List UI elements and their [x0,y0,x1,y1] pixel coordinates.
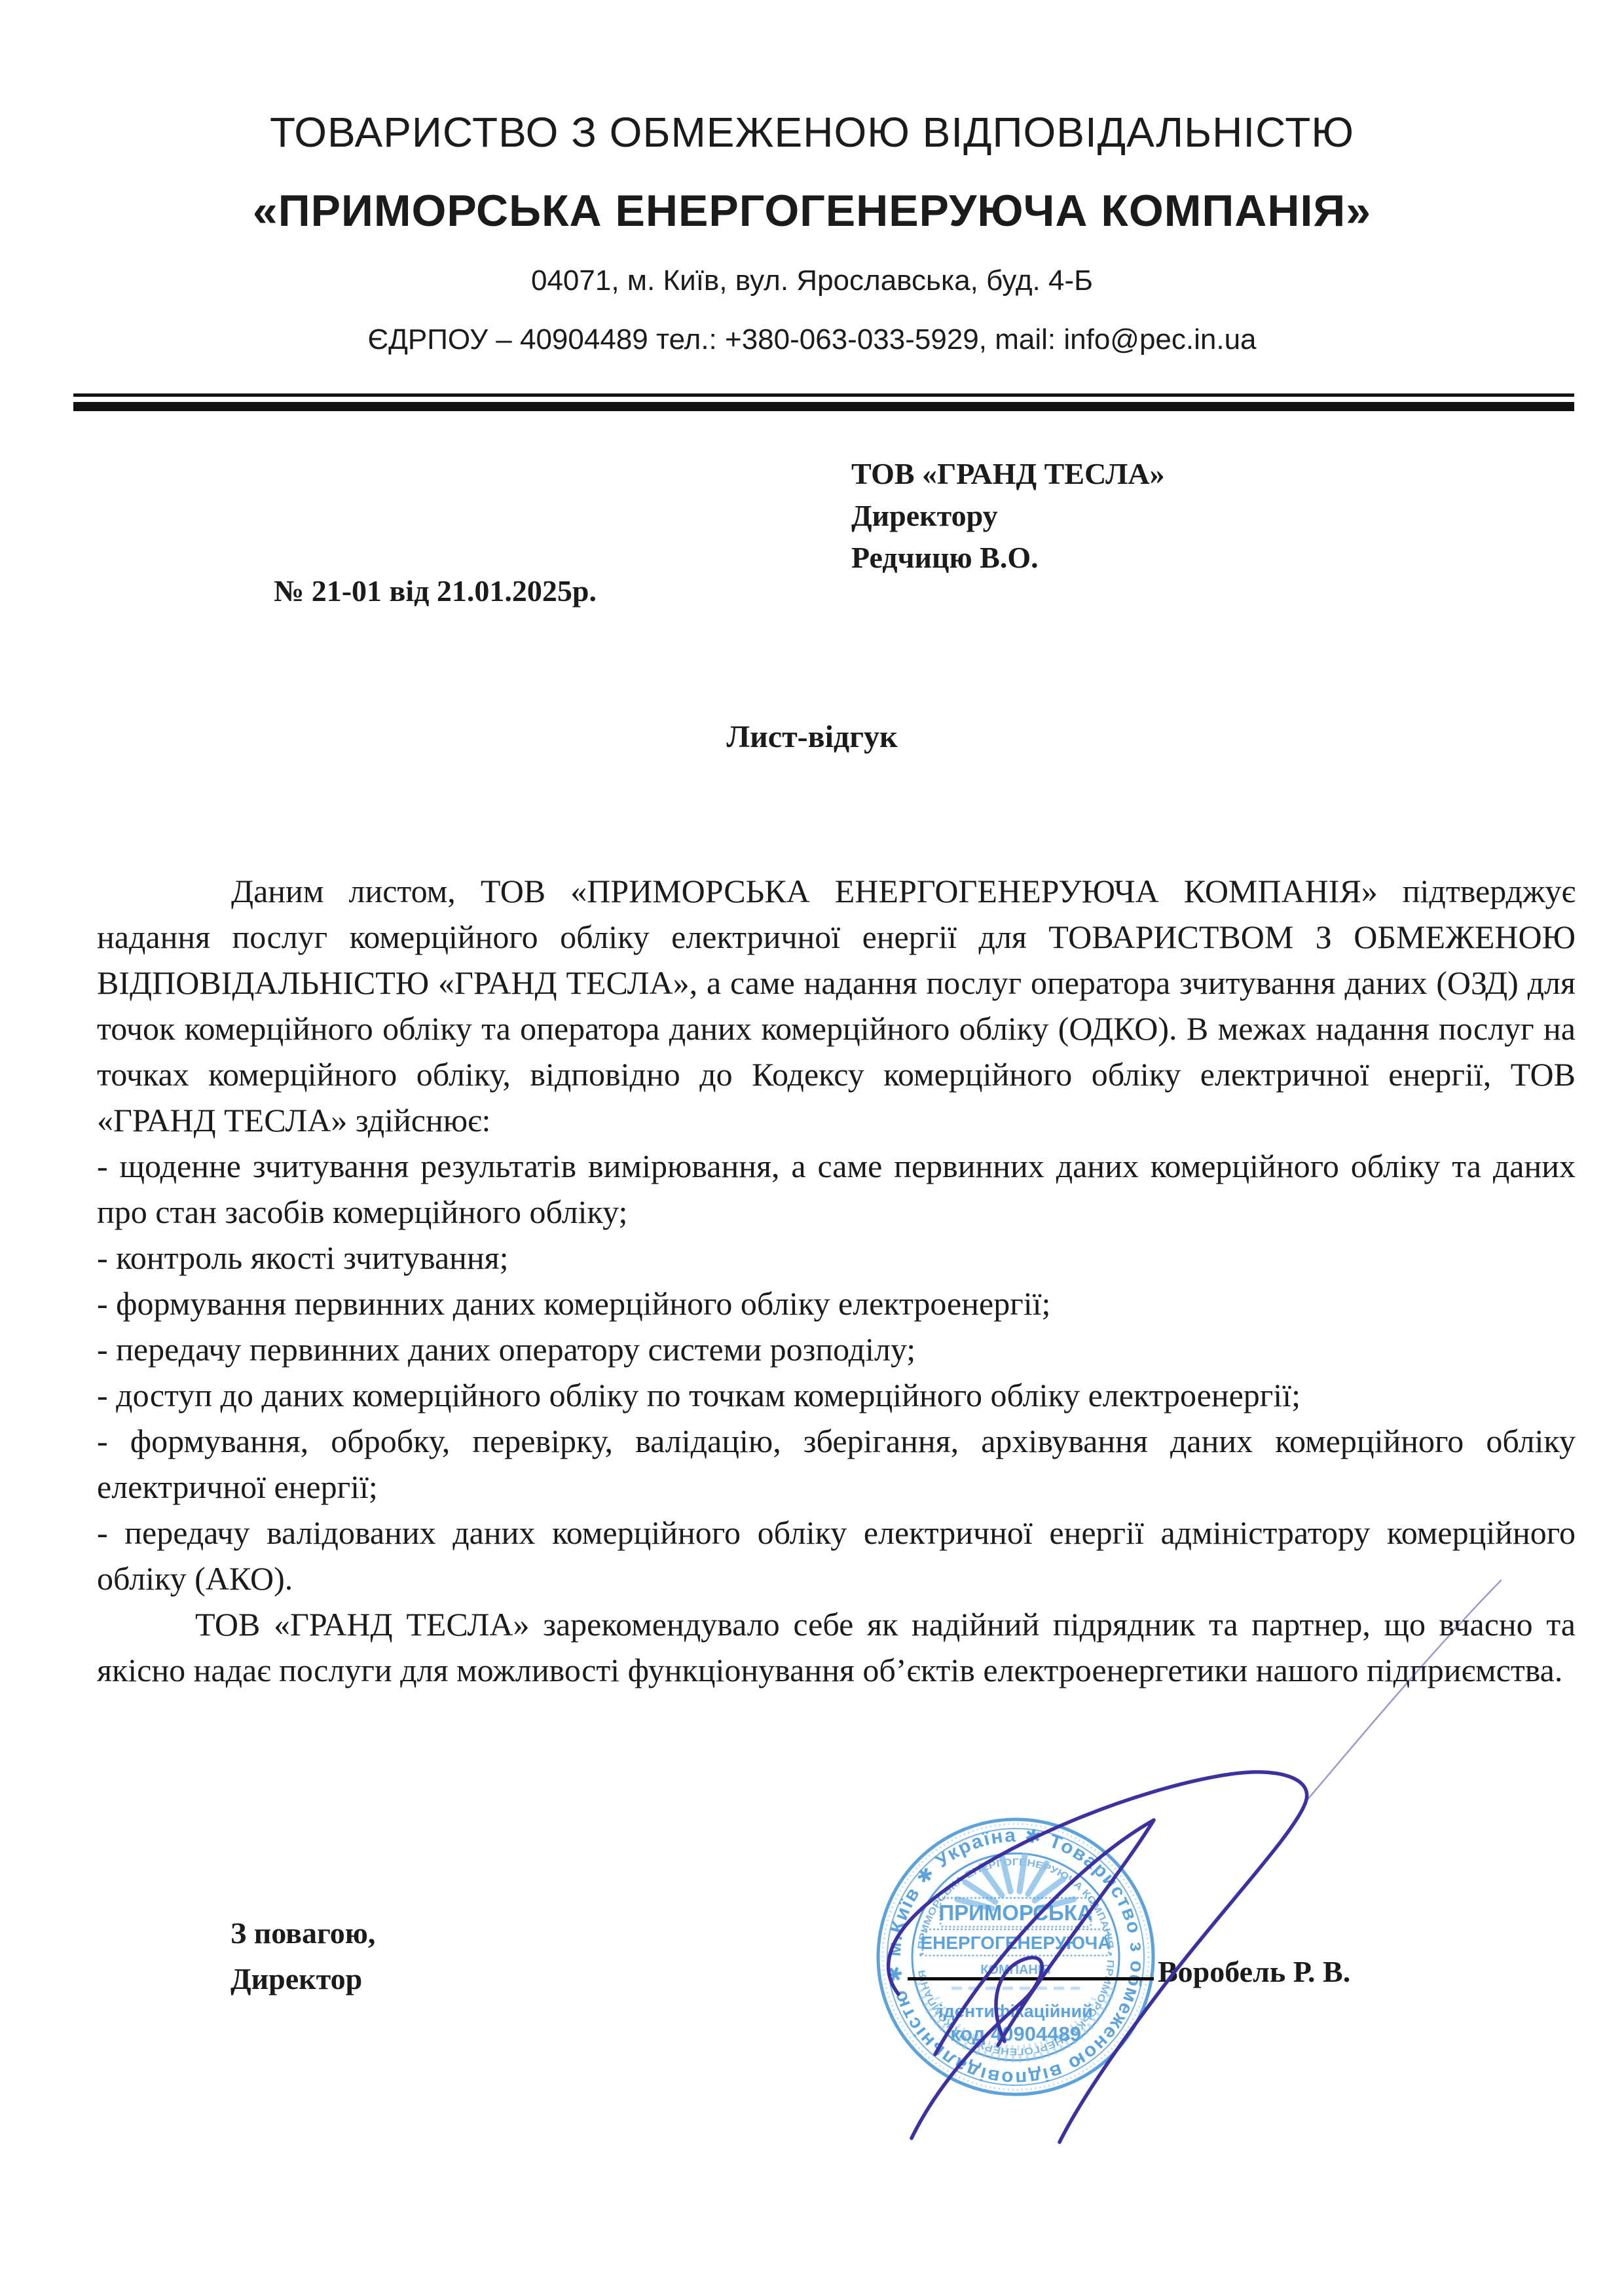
recipient-position: Директору [851,495,1165,537]
reference-number: № 21-01 від 21.01.2025р. [274,574,597,608]
scanned-letter-page: ТОВАРИСТВО З ОБМЕЖЕНОЮ ВІДПОВІДАЛЬНІСТЮ … [0,0,1624,2296]
service-list-item-6: - формування, обробку, перевірку, валіда… [97,1418,1576,1510]
service-list-item-3: - формування первинних даних комерційног… [97,1281,1576,1326]
letterhead-company-name: «ПРИМОРСЬКА ЕНЕРГОГЕНЕРУЮЧА КОМПАНІЯ» [0,185,1624,236]
letterhead-address: 04071, м. Київ, вул. Ярославська, буд. 4… [0,264,1624,297]
pen-stroke-small-loop [912,1958,1042,2138]
signature-position: Директор [231,1956,375,2002]
pen-stroke-flourish [1306,1580,1501,1802]
pen-signature [851,1558,1545,2187]
letterhead-contacts: ЄДРПОУ – 40904489 тел.: +380-063-033-592… [0,323,1624,356]
service-list-item-5: - доступ до даних комерційного обліку по… [97,1372,1576,1418]
signature-block: З повагою, Директор [231,1910,375,2002]
recipient-company: ТОВ «ГРАНД ТЕСЛА» [851,453,1165,495]
body-paragraph-intro: Даним листом, ТОВ «ПРИМОРСЬКА ЕНЕРГОГЕНЕ… [97,868,1576,1143]
service-list-item-1: - щоденне зчитування результатів вимірюв… [97,1143,1576,1235]
recipient-block: ТОВ «ГРАНД ТЕСЛА» Директору Редчицю В.О. [851,453,1165,579]
signature-salutation: З повагою, [231,1910,375,1956]
divider-thick-rule [73,402,1574,411]
service-list-item-4: - передачу первинних даних оператору сис… [97,1326,1576,1372]
letter-title: Лист-відгук [0,719,1624,755]
divider-thin-rule [73,393,1574,397]
letterhead-company-type: ТОВАРИСТВО З ОБМЕЖЕНОЮ ВІДПОВІДАЛЬНІСТЮ [0,108,1624,156]
recipient-name: Редчицю В.О. [851,537,1165,579]
pen-stroke-main-loop [889,1772,1307,2142]
pen-stroke-spike [935,1820,1154,2054]
service-list-item-2: - контроль якості зчитування; [97,1235,1576,1281]
